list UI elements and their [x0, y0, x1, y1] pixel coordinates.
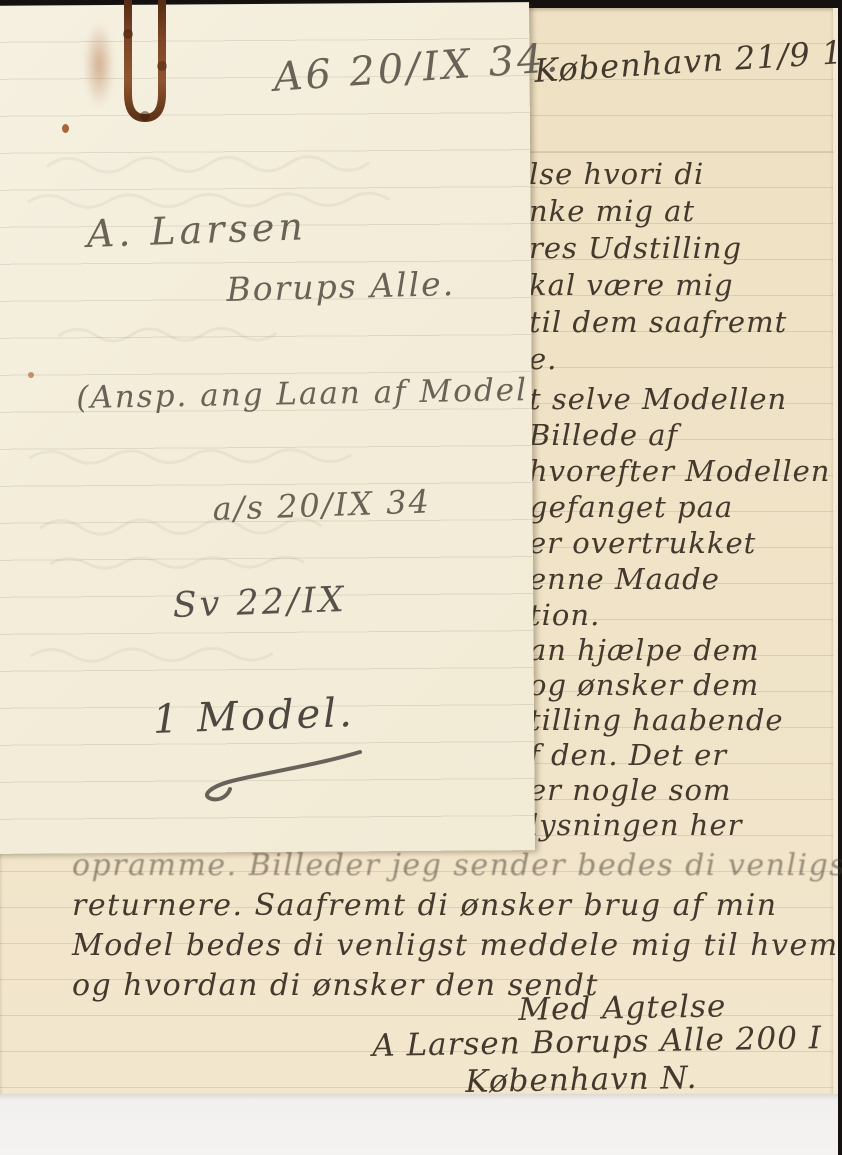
letter-line: hvorefter Modellen	[529, 453, 830, 489]
letter-line: Model bedes di venligst meddele mig til …	[72, 926, 842, 966]
letter-partial-block-lower: an hjælpe demog ønsker demtilling haaben…	[529, 633, 784, 843]
scanned-letter-page: København 21/9 1934 lse hvori dinke mig …	[0, 0, 842, 1155]
letter-line: res Udstilling	[529, 230, 787, 267]
rust-speck	[28, 372, 34, 378]
letter-line: er overtrukket	[529, 525, 830, 561]
sent-note: a/s 20/IX 34	[212, 482, 431, 528]
reply-note: Sv 22/IX	[172, 580, 347, 626]
rust-speck	[62, 124, 69, 133]
letter-line: nke mig at	[529, 193, 787, 230]
letter-line: til dem saafremt	[529, 304, 787, 341]
letter-line: e.	[529, 341, 787, 378]
letter-line: tion.	[529, 597, 830, 633]
letter-line: er nogle som	[529, 773, 784, 808]
letter-line: returnere. Saafremt di ønsker brug af mi…	[72, 886, 842, 926]
letter-line: t selve Modellen	[529, 381, 830, 417]
signature-city: København N.	[465, 1060, 698, 1100]
scanner-background	[0, 1094, 838, 1155]
letter-line: lse hvori di	[529, 156, 787, 193]
recipient-name: A. Larsen	[86, 204, 308, 256]
letter-line: enne Maade	[529, 561, 830, 597]
letter-partial-block-middle: t selve ModellenBillede afhvorefter Mode…	[529, 381, 830, 633]
letter-line: tilling haabende	[529, 703, 784, 738]
paper-clip-icon	[98, 0, 190, 136]
letter-partial-block-top: lse hvori dinke mig atres Udstillingkal …	[529, 156, 787, 378]
enclosure-note: 1 Model.	[152, 690, 355, 743]
paper-crease	[524, 152, 834, 154]
letter-line: lysningen her	[529, 808, 784, 843]
letter-line: Billede af	[529, 417, 830, 453]
letter-line: an hjælpe dem	[529, 633, 784, 668]
letter-line: f den. Det er	[529, 738, 784, 773]
letter-line: gefanget paa	[529, 489, 830, 525]
recipient-street: Borups Alle.	[226, 264, 456, 309]
letter-line: og ønsker dem	[529, 668, 784, 703]
pencil-flourish	[188, 742, 368, 804]
letter-bottom-paragraph: opramme. Billeder jeg sender bedes di ve…	[72, 846, 842, 1006]
letter-line: og hvordan di ønsker den sendt	[72, 966, 842, 1006]
letter-line: kal være mig	[529, 267, 787, 304]
